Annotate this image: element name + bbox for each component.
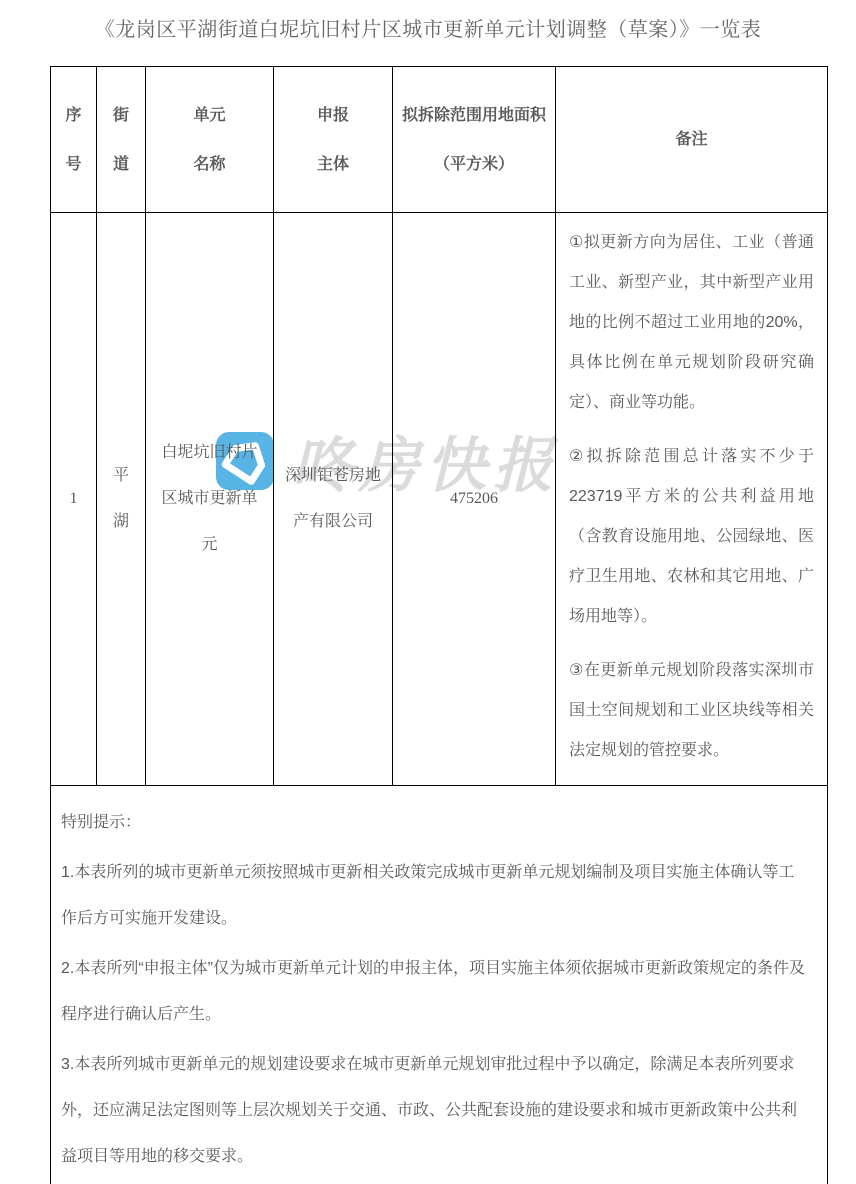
cell-remarks: ①拟更新方向为居住、工业（普通工业、新型产业，其中新型产业用地的比例不超过工业用…: [556, 213, 828, 786]
note-item: 3.本表所列城市更新单元的规划建设要求在城市更新单元规划审批过程中予以确定，除满…: [61, 1042, 809, 1180]
remark-item: ②拟拆除范围总计落实不少于223719平方米的公共利益用地（含教育设施用地、公园…: [569, 437, 814, 637]
document-page: 《龙岗区平湖街道白坭坑旧村片区城市更新单元计划调整（草案）》一览表 咚房快报 序…: [0, 0, 856, 1184]
notes-title: 特别提示：: [61, 800, 809, 846]
cell-demolition-area: 475206: [393, 213, 556, 786]
remark-item: ③在更新单元规划阶段落实深圳市国土空间规划和工业区块线等相关法定规划的管控要求。: [569, 651, 814, 771]
col-header-demolition-area: 拟拆除范围用地面积 （平方米）: [393, 67, 556, 213]
cell-index: 1: [51, 213, 97, 786]
col-header-street: 街 道: [97, 67, 146, 213]
col-header-index: 序 号: [51, 67, 97, 213]
table-notes-row: 特别提示： 1.本表所列的城市更新单元须按照城市更新相关政策完成城市更新单元规划…: [51, 786, 828, 1184]
note-item: 2.本表所列“申报主体”仅为城市更新单元计划的申报主体，项目实施主体须依据城市更…: [61, 946, 809, 1038]
col-header-unit-name: 单元 名称: [146, 67, 274, 213]
table-header-row: 序 号 街 道 单元 名称 申报 主体 拟拆除范围用地面积 （平方米） 备注: [51, 67, 828, 213]
remark-item: ①拟更新方向为居住、工业（普通工业、新型产业，其中新型产业用地的比例不超过工业用…: [569, 223, 814, 423]
notes-cell: 特别提示： 1.本表所列的城市更新单元须按照城市更新相关政策完成城市更新单元规划…: [51, 786, 828, 1184]
plan-adjustment-table: 序 号 街 道 单元 名称 申报 主体 拟拆除范围用地面积 （平方米） 备注 1…: [50, 66, 828, 1184]
cell-street: 平 湖: [97, 213, 146, 786]
cell-unit-name: 白坭坑旧村片 区城市更新单 元: [146, 213, 274, 786]
col-header-remarks: 备注: [556, 67, 828, 213]
cell-applicant: 深圳钜苍房地 产有限公司: [274, 213, 393, 786]
page-title: 《龙岗区平湖街道白坭坑旧村片区城市更新单元计划调整（草案）》一览表: [0, 13, 856, 42]
note-item: 1.本表所列的城市更新单元须按照城市更新相关政策完成城市更新单元规划编制及项目实…: [61, 850, 809, 942]
table-row: 1 平 湖 白坭坑旧村片 区城市更新单 元 深圳钜苍房地 产有限公司 47520…: [51, 213, 828, 786]
col-header-applicant: 申报 主体: [274, 67, 393, 213]
